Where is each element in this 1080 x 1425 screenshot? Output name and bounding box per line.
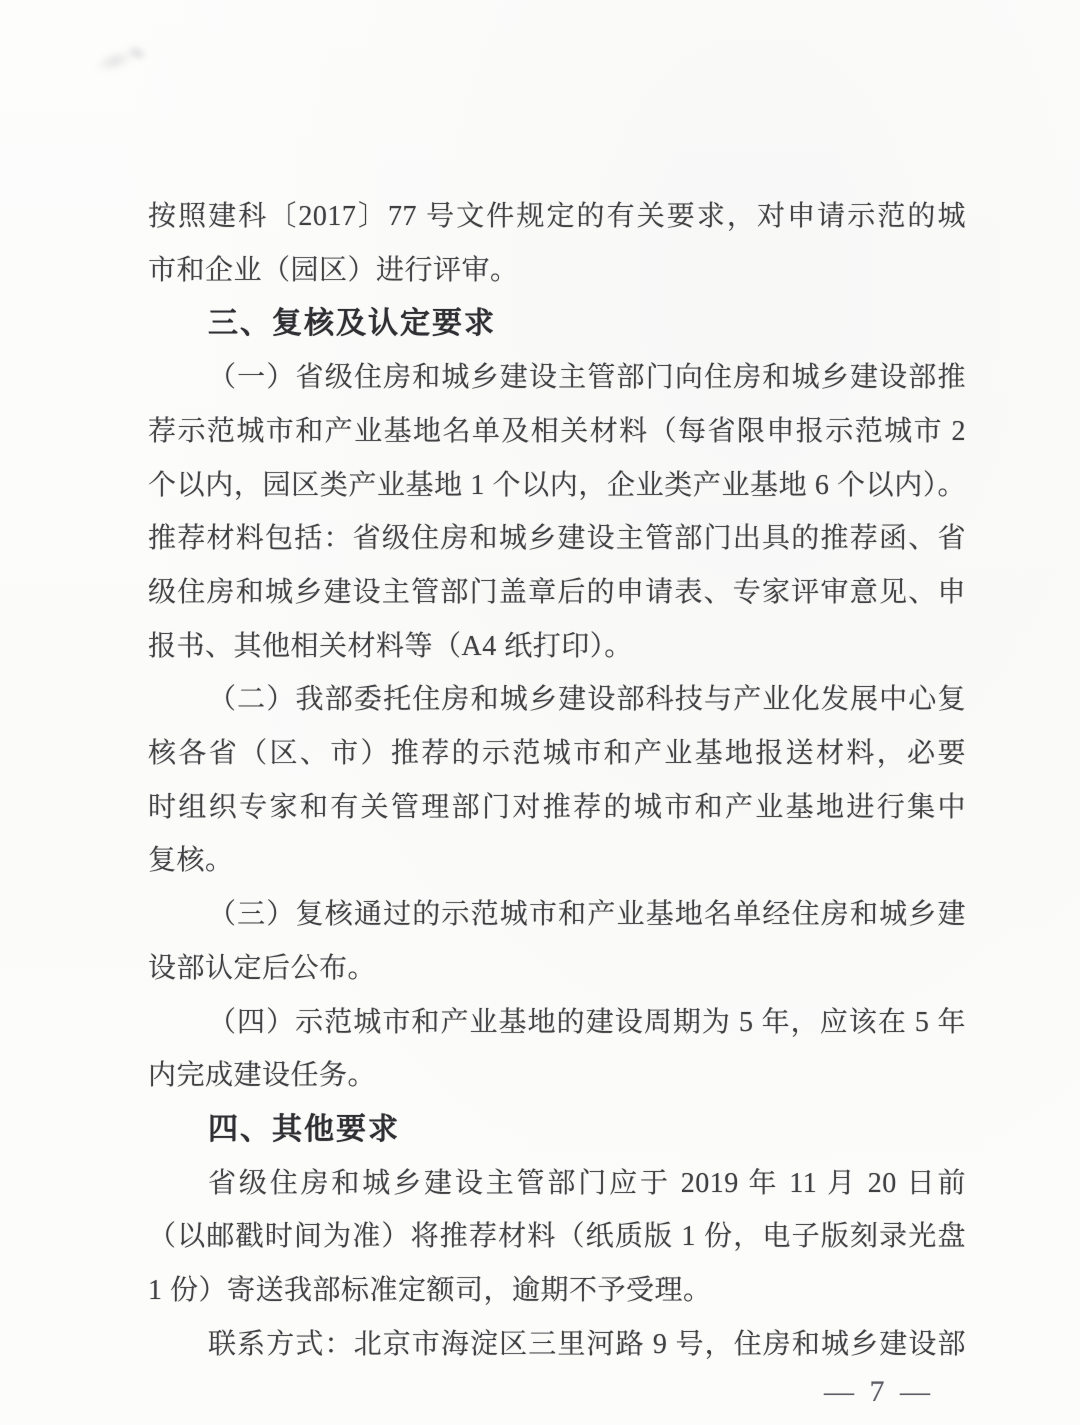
text-line: （以邮戳时间为准）将推荐材料（纸质版 1 份，电子版刻录光盘 [148, 1210, 966, 1264]
text-line: 级住房和城乡建设主管部门盖章后的申请表、专家评审意见、申 [148, 566, 966, 620]
scanned-document-page: 按照建科〔2017〕77 号文件规定的有关要求，对申请示范的城 市和企业（园区）… [0, 0, 1080, 1425]
text-line: 复核。 [148, 834, 966, 888]
text-line: 按照建科〔2017〕77 号文件规定的有关要求，对申请示范的城 [148, 190, 966, 244]
document-body: 按照建科〔2017〕77 号文件规定的有关要求，对申请示范的城 市和企业（园区）… [148, 190, 966, 1371]
scan-smudge [93, 46, 137, 75]
text-line: 设部认定后公布。 [148, 942, 966, 996]
text-line: （四）示范城市和产业基地的建设周期为 5 年，应该在 5 年 [148, 996, 966, 1050]
scan-smudge [124, 42, 150, 64]
text-line: 荐示范城市和产业基地名单及相关材料（每省限申报示范城市 2 [148, 405, 966, 459]
section-heading-4: 四、其他要求 [148, 1103, 966, 1157]
text-line: （三）复核通过的示范城市和产业基地名单经住房和城乡建 [148, 888, 966, 942]
section-heading-3: 三、复核及认定要求 [148, 297, 966, 351]
text-line: （二）我部委托住房和城乡建设部科技与产业化发展中心复 [148, 673, 966, 727]
text-line: 核各省（区、市）推荐的示范城市和产业基地报送材料，必要 [148, 727, 966, 781]
text-line: 联系方式：北京市海淀区三里河路 9 号，住房和城乡建设部 [148, 1318, 966, 1372]
text-line: 个以内，园区类产业基地 1 个以内，企业类产业基地 6 个以内）。 [148, 459, 966, 513]
text-line: 内完成建设任务。 [148, 1049, 966, 1103]
page-number: — 7 — [824, 1372, 934, 1412]
text-line: （一）省级住房和城乡建设主管部门向住房和城乡建设部推 [148, 351, 966, 405]
text-line: 推荐材料包括：省级住房和城乡建设主管部门出具的推荐函、省 [148, 512, 966, 566]
text-line: 时组织专家和有关管理部门对推荐的城市和产业基地进行集中 [148, 781, 966, 835]
text-line: 1 份）寄送我部标准定额司，逾期不予受理。 [148, 1264, 966, 1318]
text-line: 市和企业（园区）进行评审。 [148, 244, 966, 298]
text-line: 省级住房和城乡建设主管部门应于 2019 年 11 月 20 日前 [148, 1157, 966, 1211]
text-line: 报书、其他相关材料等（A4 纸打印）。 [148, 620, 966, 674]
